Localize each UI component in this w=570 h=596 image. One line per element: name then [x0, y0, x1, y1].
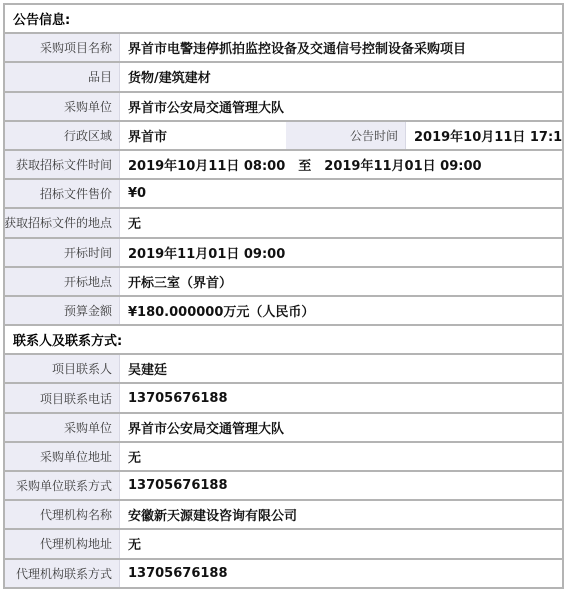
row-value-bid-doc-price: ¥0	[120, 180, 562, 207]
row-label-purchasing-unit-address: 采购单位地址	[5, 443, 120, 470]
row-value-contact-purchasing-unit: 界首市公安局交通管理大队	[120, 414, 562, 441]
row-value-project-phone: 13705676188	[120, 384, 562, 411]
row-value-bid-doc-time: 2019年10月11日 08:00 至 2019年11月01日 09:00	[120, 151, 562, 178]
table-row-project-name: 采购项目名称 界首市电警违停抓拍监控设备及交通信号控制设备采购项目	[5, 34, 562, 63]
table-row-contact-purchasing-unit: 采购单位 界首市公安局交通管理大队	[5, 414, 562, 443]
row-label-agency-name: 代理机构名称	[5, 501, 120, 528]
row-label-bid-doc-location: 获取招标文件的地点	[5, 209, 120, 236]
section-title-announcement: 公告信息:	[5, 5, 562, 32]
row-value-region: 界首市	[120, 122, 284, 149]
row-value-purchasing-unit-contact: 13705676188	[120, 472, 562, 499]
row-value-project-contact: 吴建廷	[120, 355, 562, 382]
table-row-bid-doc-location: 获取招标文件的地点 无	[5, 209, 562, 238]
table-row-opening-time: 开标时间 2019年11月01日 09:00	[5, 239, 562, 268]
row-label-category: 品目	[5, 63, 120, 90]
row-label-purchasing-unit: 采购单位	[5, 93, 120, 120]
row-value-opening-time: 2019年11月01日 09:00	[120, 239, 562, 266]
row-label-bid-doc-price: 招标文件售价	[5, 180, 120, 207]
section-title-contacts: 联系人及联系方式:	[5, 326, 562, 353]
table-row-purchasing-unit: 采购单位 界首市公安局交通管理大队	[5, 93, 562, 122]
table-row-purchasing-unit-address: 采购单位地址 无	[5, 443, 562, 472]
row-label-bid-doc-time: 获取招标文件时间	[5, 151, 120, 178]
table-row-budget: 预算金额 ¥180.000000万元（人民币）	[5, 297, 562, 326]
row-value-purchasing-unit-address: 无	[120, 443, 562, 470]
table-row-opening-location: 开标地点 开标三室（界首）	[5, 268, 562, 297]
row-label-project-name: 采购项目名称	[5, 34, 120, 61]
table-row-region-and-announce-time: 行政区域 界首市 公告时间 2019年10月11日 17:19	[5, 122, 562, 151]
table-row-project-phone: 项目联系电话 13705676188	[5, 384, 562, 413]
table-row-category: 品目 货物/建筑建材	[5, 63, 562, 92]
row-label-announce-time: 公告时间	[286, 122, 406, 149]
table-row-purchasing-unit-contact: 采购单位联系方式 13705676188	[5, 472, 562, 501]
row-value-opening-location: 开标三室（界首）	[120, 268, 562, 295]
row-label-project-phone: 项目联系电话	[5, 384, 120, 411]
row-label-contact-purchasing-unit: 采购单位	[5, 414, 120, 441]
row-label-region: 行政区域	[5, 122, 120, 149]
row-label-project-contact: 项目联系人	[5, 355, 120, 382]
row-label-opening-location: 开标地点	[5, 268, 120, 295]
table-row-project-contact: 项目联系人 吴建廷	[5, 355, 562, 384]
section-header-row-contacts: 联系人及联系方式:	[5, 326, 562, 355]
row-label-opening-time: 开标时间	[5, 239, 120, 266]
row-value-agency-address: 无	[120, 530, 562, 557]
row-label-agency-address: 代理机构地址	[5, 530, 120, 557]
table-row-bid-doc-time: 获取招标文件时间 2019年10月11日 08:00 至 2019年11月01日…	[5, 151, 562, 180]
row-value-bid-doc-location: 无	[120, 209, 562, 236]
row-value-category: 货物/建筑建材	[120, 63, 562, 90]
row-label-budget: 预算金额	[5, 297, 120, 324]
row-value-agency-name: 安徽新天源建设咨询有限公司	[120, 501, 562, 528]
row-value-purchasing-unit: 界首市公安局交通管理大队	[120, 93, 562, 120]
row-value-budget: ¥180.000000万元（人民币）	[120, 297, 562, 324]
table-row-bid-doc-price: 招标文件售价 ¥0	[5, 180, 562, 209]
row-value-agency-contact: 13705676188	[120, 560, 562, 587]
row-label-agency-contact: 代理机构联系方式	[5, 560, 120, 587]
table-row-agency-contact: 代理机构联系方式 13705676188	[5, 560, 562, 587]
row-value-announce-time: 2019年10月11日 17:19	[406, 122, 562, 149]
section-header-row-announcement: 公告信息:	[5, 5, 562, 34]
table-row-agency-address: 代理机构地址 无	[5, 530, 562, 559]
row-label-purchasing-unit-contact: 采购单位联系方式	[5, 472, 120, 499]
announcement-table: 公告信息: 采购项目名称 界首市电警违停抓拍监控设备及交通信号控制设备采购项目 …	[3, 3, 564, 589]
table-row-agency-name: 代理机构名称 安徽新天源建设咨询有限公司	[5, 501, 562, 530]
row-value-project-name: 界首市电警违停抓拍监控设备及交通信号控制设备采购项目	[120, 34, 562, 61]
